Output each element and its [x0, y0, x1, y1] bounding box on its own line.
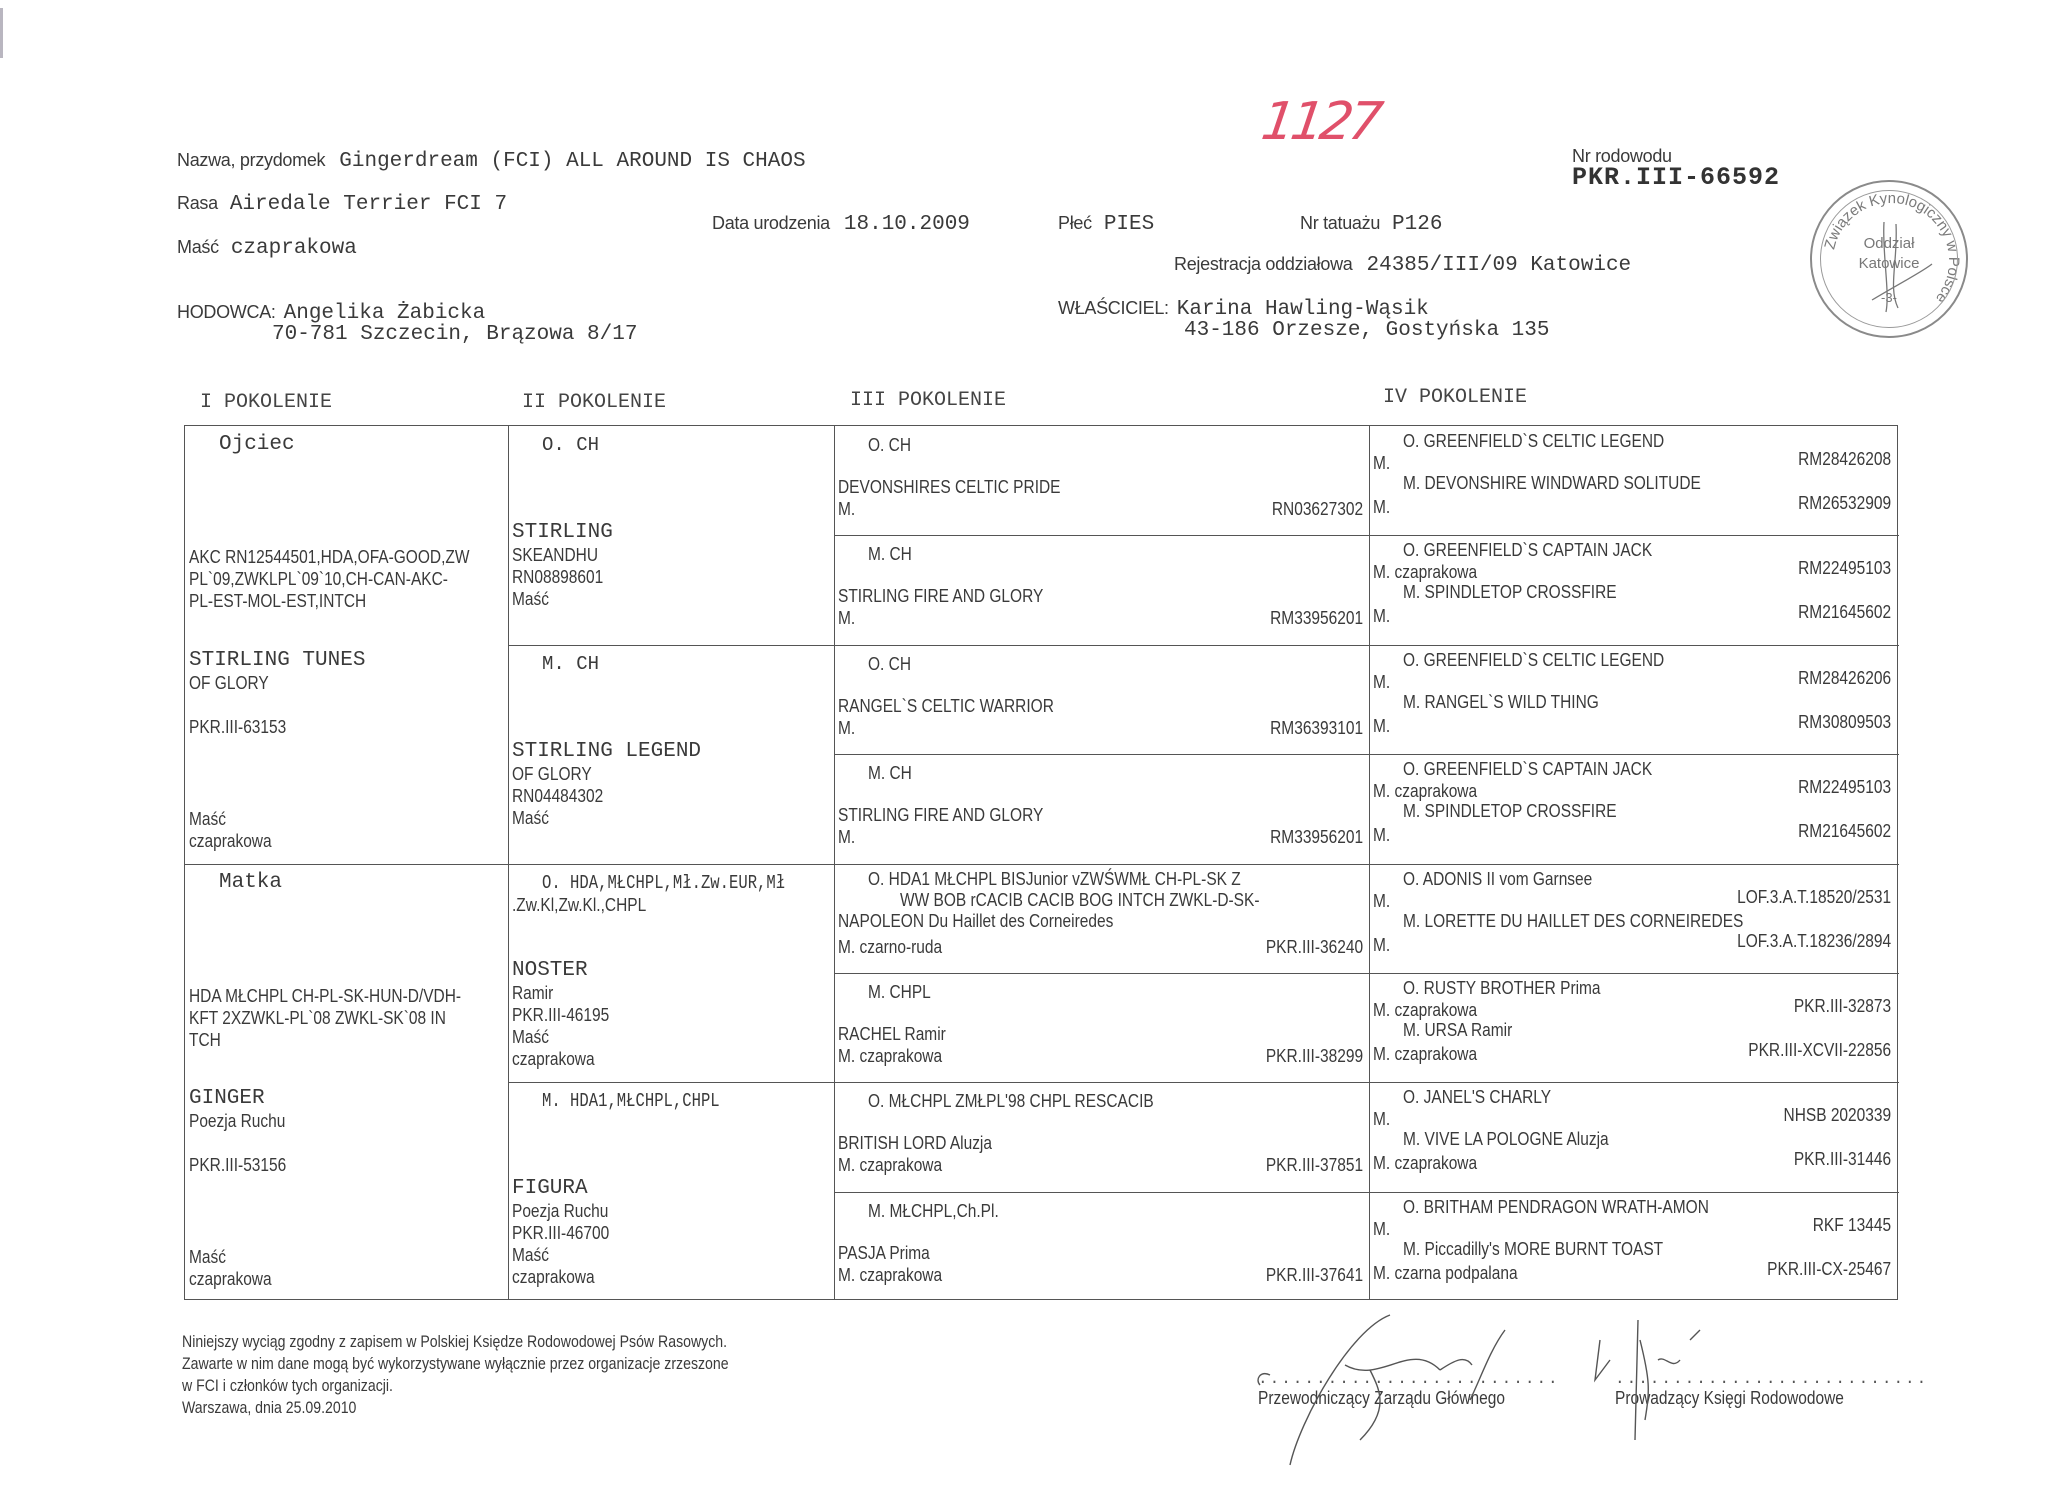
great-grandparent-cell: M. CHSTIRLING FIRE AND GLORYM.RM33956201 — [836, 535, 1365, 644]
grandparent-cell: O. HDA,MŁCHPL,Mł.Zw.EUR,Mł.Zw.Kl,Zw.Kl.,… — [510, 864, 832, 1083]
stamp-line1: Oddział — [1812, 234, 1966, 254]
gen2-header: II POKOLENIE — [522, 391, 666, 414]
gggp-sire-color: M. — [1373, 452, 1390, 474]
gggp-dam-color: M. — [1373, 934, 1390, 956]
gggp-cell: O. GREENFIELD`S CAPTAIN JACKM. czaprakow… — [1371, 754, 1893, 863]
grandparent-detail: Maść — [512, 1244, 549, 1266]
parent-role: Matka — [219, 872, 282, 894]
birth-date-label: Data urodzenia — [712, 213, 830, 233]
gggp-dam: M. RANGEL`S WILD THING — [1403, 691, 1599, 713]
gggp-sire-registration: RM28426206 — [1798, 667, 1891, 689]
grandparent-detail: Poezja Ruchu — [512, 1200, 608, 1222]
color-value: czaprakowa — [231, 237, 357, 260]
column-divider — [508, 426, 509, 1299]
ggp-header: O. CH — [868, 653, 911, 675]
gggp-cell: O. ADONIS II vom GarnseeM.LOF.3.A.T.1852… — [1371, 864, 1893, 973]
grandparent-name: NOSTER — [512, 960, 588, 982]
gggp-dam: M. SPINDLETOP CROSSFIRE — [1403, 581, 1617, 603]
footer-line-3: w FCI i członków tych organizacji. — [182, 1375, 729, 1397]
gggp-sire: O. GREENFIELD`S CAPTAIN JACK — [1403, 539, 1652, 561]
owner-address: 43-186 Orzesze, Gostyńska 135 — [1184, 319, 1549, 342]
grandparent-name: STIRLING — [512, 522, 613, 544]
ggp-registration: PKR.III-36240 — [1266, 936, 1363, 958]
signature-scribbles-icon — [1240, 1300, 1920, 1480]
gggp-sire: O. GREENFIELD`S CAPTAIN JACK — [1403, 758, 1652, 780]
gggp-sire-registration: RM28426208 — [1798, 448, 1891, 470]
ggp-name: BRITISH LORD Aluzja — [838, 1132, 992, 1154]
breed-value: Airedale Terrier FCI 7 — [230, 193, 507, 216]
branch-registration-label: Rejestracja oddziałowa — [1174, 254, 1353, 274]
grandparent-header: M. HDA1,MŁCHPL,CHPL — [542, 1090, 720, 1112]
tattoo-value: P126 — [1392, 213, 1442, 236]
parent-registration: PKR.III-63153 — [189, 716, 286, 738]
pedigree-table: OjciecAKC RN12544501,HDA,OFA-GOOD,ZWPL`0… — [184, 425, 1898, 1300]
parent-role: Ojciec — [219, 434, 295, 456]
gggp-sire: O. JANEL'S CHARLY — [1403, 1086, 1551, 1108]
issue-place-date: Warszawa, dnia 25.09.2010 — [182, 1397, 729, 1419]
ggp-registration: RM33956201 — [1270, 607, 1363, 629]
great-grandparent-cell: M. CHSTIRLING FIRE AND GLORYM.RM33956201 — [836, 754, 1365, 863]
owner-label: WŁAŚCICIEL: — [1058, 298, 1169, 318]
gggp-sire-color: M. czaprakowa — [1373, 561, 1477, 583]
parent-color-label: Maść — [189, 808, 226, 830]
great-grandparent-cell: M. CHPLRACHEL RamirM. czaprakowaPKR.III-… — [836, 973, 1365, 1082]
gggp-sire-registration: NHSB 2020339 — [1783, 1104, 1891, 1126]
grandparent-detail: Ramir — [512, 982, 553, 1004]
parent-color: czaprakowa — [189, 830, 272, 852]
grandparent-detail: Maść — [512, 1026, 549, 1048]
parent-name-sub: Poezja Ruchu — [189, 1110, 285, 1132]
gggp-dam: M. DEVONSHIRE WINDWARD SOLITUDE — [1403, 472, 1701, 494]
gggp-dam: M. VIVE LA POLOGNE Aluzja — [1403, 1128, 1609, 1150]
title-line: PL`09,ZWKLPL`09`10,CH-CAN-AKC- — [189, 568, 448, 590]
grandparent-detail: PKR.III-46700 — [512, 1222, 609, 1244]
gggp-dam-registration: RM21645602 — [1798, 820, 1891, 842]
parent-titles: HDA MŁCHPL CH-PL-SK-HUN-D/VDH-KFT 2XZWKL… — [189, 985, 505, 1051]
name-field: Nazwa, przydomek Gingerdream (FCI) ALL A… — [177, 150, 806, 173]
gggp-cell: O. GREENFIELD`S CELTIC LEGENDM.RM2842620… — [1371, 426, 1893, 535]
grandparent-detail: RN08898601 — [512, 566, 603, 588]
branch-registration-value: 24385/III/09 Katowice — [1367, 254, 1632, 277]
ggp-color: M. — [838, 717, 855, 739]
ggp-registration: RM36393101 — [1270, 717, 1363, 739]
grandparent-detail: Maść — [512, 807, 549, 829]
ggp-color: M. czaprakowa — [838, 1045, 942, 1067]
ggp-name: RANGEL`S CELTIC WARRIOR — [838, 695, 1054, 717]
pedigree-number-value: PKR.III-66592 — [1572, 163, 1780, 192]
gggp-dam-registration: RM30809503 — [1798, 711, 1891, 733]
ggp-registration: PKR.III-37641 — [1266, 1264, 1363, 1286]
gggp-dam-color: M. — [1373, 715, 1390, 737]
parent-color: czaprakowa — [189, 1268, 272, 1290]
breeder-field: HODOWCA: Angelika Żabicka — [177, 302, 485, 325]
gggp-sire-registration: LOF.3.A.T.18520/2531 — [1737, 886, 1891, 908]
sex-field: Płeć PIES — [1058, 213, 1154, 236]
birth-date-field: Data urodzenia 18.10.2009 — [712, 213, 970, 236]
ggp-header: O. CH — [868, 434, 911, 456]
parent-titles: AKC RN12544501,HDA,OFA-GOOD,ZWPL`09,ZWKL… — [189, 546, 506, 612]
stamp-center: Oddział Katowice -3- — [1812, 234, 1966, 308]
dam-cell: MatkaHDA MŁCHPL CH-PL-SK-HUN-D/VDH-KFT 2… — [187, 864, 506, 1302]
grandparent-detail: OF GLORY — [512, 763, 592, 785]
title-line: TCH — [189, 1029, 221, 1051]
gggp-dam-registration: LOF.3.A.T.18236/2894 — [1737, 930, 1891, 952]
sire-cell: OjciecAKC RN12544501,HDA,OFA-GOOD,ZWPL`0… — [187, 426, 506, 864]
grandparent-detail: PKR.III-46195 — [512, 1004, 609, 1026]
gggp-sire: O. GREENFIELD`S CELTIC LEGEND — [1403, 649, 1664, 671]
gggp-sire: O. RUSTY BROTHER Prima — [1403, 977, 1601, 999]
grandparent-name: STIRLING LEGEND — [512, 741, 701, 763]
breed-field: Rasa Airedale Terrier FCI 7 — [177, 193, 507, 216]
ggp-header: O. MŁCHPL ZMŁPL'98 CHPL RESCACIB — [868, 1090, 1154, 1112]
title-line: AKC RN12544501,HDA,OFA-GOOD,ZW — [189, 546, 469, 568]
tattoo-field: Nr tatuażu P126 — [1300, 213, 1442, 236]
sex-value: PIES — [1104, 213, 1154, 236]
parent-registration: PKR.III-53156 — [189, 1154, 286, 1176]
owner-field: WŁAŚCICIEL: Karina Hawling-Wąsik — [1058, 298, 1429, 321]
ggp-header: M. CH — [868, 543, 912, 565]
gggp-cell: O. GREENFIELD`S CAPTAIN JACKM. czaprakow… — [1371, 535, 1893, 644]
gggp-sire: O. GREENFIELD`S CELTIC LEGEND — [1403, 430, 1664, 452]
parent-name: GINGER — [189, 1088, 265, 1110]
ggp-name: NAPOLEON Du Haillet des Corneiredes — [838, 910, 1113, 932]
ggp-name: STIRLING FIRE AND GLORY — [838, 804, 1043, 826]
great-grandparent-cell: M. MŁCHPL,Ch.Pl.PASJA PrimaM. czaprakowa… — [836, 1192, 1365, 1301]
gggp-dam-color: M. — [1373, 824, 1390, 846]
footer-line-1: Niniejszy wyciąg zgodny z zapisem w Pols… — [182, 1331, 729, 1353]
ggp-header: WW BOB rCACIB CACIB BOG INTCH ZWKL-D-SK- — [900, 889, 1259, 911]
gen4-header: IV POKOLENIE — [1383, 386, 1527, 409]
grandparent-cell: O. CHSTIRLINGSKEANDHURN08898601Maść — [510, 426, 832, 645]
grandparent-detail: czaprakowa — [512, 1266, 595, 1288]
ggp-registration: RN03627302 — [1272, 498, 1363, 520]
gggp-sire: O. BRITHAM PENDRAGON WRATH-AMON — [1403, 1196, 1709, 1218]
ggp-registration: PKR.III-37851 — [1266, 1154, 1363, 1176]
ggp-color: M. czarno-ruda — [838, 936, 942, 958]
stamp-number: -3- — [1812, 288, 1966, 308]
gggp-dam-registration: PKR.III-XCVII-22856 — [1748, 1039, 1891, 1061]
breed-label: Rasa — [177, 193, 218, 213]
title-line: HDA MŁCHPL CH-PL-SK-HUN-D/VDH- — [189, 985, 461, 1007]
footer-line-2: Zawarte w nim dane mogą być wykorzystywa… — [182, 1353, 729, 1375]
gggp-dam: M. URSA Ramir — [1403, 1019, 1512, 1041]
gggp-dam-color: M. — [1373, 605, 1390, 627]
gggp-sire-color: M. czaprakowa — [1373, 780, 1477, 802]
grandparent-detail: Maść — [512, 588, 549, 610]
ggp-registration: PKR.III-38299 — [1266, 1045, 1363, 1067]
grandparent-header: M. CH — [542, 653, 599, 675]
name-value: Gingerdream (FCI) ALL AROUND IS CHAOS — [339, 150, 805, 173]
sex-label: Płeć — [1058, 213, 1092, 233]
ggp-header: M. MŁCHPL,Ch.Pl. — [868, 1200, 999, 1222]
parent-name-sub: OF GLORY — [189, 672, 269, 694]
great-grandparent-cell: O. CHRANGEL`S CELTIC WARRIORM.RM36393101 — [836, 645, 1365, 754]
branch-registration-field: Rejestracja oddziałowa 24385/III/09 Kato… — [1174, 254, 1631, 277]
owner-name: Karina Hawling-Wąsik — [1177, 298, 1429, 321]
gggp-sire-registration: RM22495103 — [1798, 776, 1891, 798]
ggp-header: M. CH — [868, 762, 912, 784]
gggp-dam-registration: RM26532909 — [1798, 492, 1891, 514]
gen3-header: III POKOLENIE — [850, 389, 1006, 412]
ggp-name: STIRLING FIRE AND GLORY — [838, 585, 1043, 607]
gggp-dam: M. Piccadilly's MORE BURNT TOAST — [1403, 1238, 1663, 1260]
grandparent-detail: RN04484302 — [512, 785, 603, 807]
ggp-color: M. — [838, 826, 855, 848]
ggp-header: O. HDA1 MŁCHPL BISJunior vZWŚWMŁ CH-PL-S… — [868, 868, 1241, 890]
column-divider — [1369, 426, 1370, 1299]
ggp-color: M. czaprakowa — [838, 1154, 942, 1176]
certification-text: Niniejszy wyciąg zgodny z zapisem w Pols… — [182, 1331, 841, 1419]
title-line: KFT 2XZWKL-PL`08 ZWKL-SK`08 IN — [189, 1007, 446, 1029]
grandparent-header: O. HDA,MŁCHPL,Mł.Zw.EUR,Mł — [542, 872, 785, 894]
name-label: Nazwa, przydomek — [177, 150, 325, 170]
grandparent-cell: M. CHSTIRLING LEGENDOF GLORYRN04484302Ma… — [510, 645, 832, 864]
gggp-cell: O. BRITHAM PENDRAGON WRATH-AMONM.RKF 134… — [1371, 1192, 1893, 1301]
stamp-ring-text-icon: Związek Kynologiczny w Polsce — [1812, 182, 1970, 340]
title-line: PL-EST-MOL-EST,INTCH — [189, 590, 366, 612]
color-label: Maść — [177, 237, 219, 257]
gggp-sire-color: M. — [1373, 671, 1390, 693]
ggp-color: M. — [838, 498, 855, 520]
gggp-cell: O. RUSTY BROTHER PrimaM. czaprakowaPKR.I… — [1371, 973, 1893, 1082]
gen1-header: I POKOLENIE — [200, 391, 332, 414]
ggp-registration: RM33956201 — [1270, 826, 1363, 848]
grandparent-header: O. CH — [542, 434, 599, 456]
grandparent-name: FIGURA — [512, 1178, 588, 1200]
parent-color-label: Maść — [189, 1246, 226, 1268]
gggp-sire-color: M. — [1373, 1108, 1390, 1130]
ggp-color: M. czaprakowa — [838, 1264, 942, 1286]
gggp-sire-color: M. — [1373, 890, 1390, 912]
great-grandparent-cell: O. HDA1 MŁCHPL BISJunior vZWŚWMŁ CH-PL-S… — [836, 864, 1365, 973]
gggp-dam-registration: RM21645602 — [1798, 601, 1891, 623]
gggp-sire: O. ADONIS II vom Garnsee — [1403, 868, 1592, 890]
svg-text:Związek Kynologiczny w Polsce: Związek Kynologiczny w Polsce — [1821, 190, 1962, 306]
grandparent-detail: czaprakowa — [512, 1048, 595, 1070]
breeder-address: 70-781 Szczecin, Brązowa 8/17 — [272, 323, 637, 346]
great-grandparent-cell: O. MŁCHPL ZMŁPL'98 CHPL RESCACIBBRITISH … — [836, 1082, 1365, 1191]
birth-date-value: 18.10.2009 — [844, 213, 970, 236]
gggp-sire-registration: RKF 13445 — [1813, 1214, 1891, 1236]
great-grandparent-cell: O. CHDEVONSHIRES CELTIC PRIDEM.RN0362730… — [836, 426, 1365, 535]
color-field: Maść czaprakowa — [177, 237, 357, 260]
scan-edge — [0, 8, 3, 58]
gggp-dam-color: M. czaprakowa — [1373, 1043, 1477, 1065]
gggp-dam-registration: PKR.III-CX-25467 — [1767, 1258, 1891, 1280]
grandparent-header: .Zw.Kl,Zw.Kl.,CHPL — [512, 894, 646, 916]
gggp-dam-color: M. — [1373, 496, 1390, 518]
tattoo-label: Nr tatuażu — [1300, 213, 1380, 233]
gggp-sire-color: M. czaprakowa — [1373, 999, 1477, 1021]
ggp-name: PASJA Prima — [838, 1242, 930, 1264]
gggp-dam: M. SPINDLETOP CROSSFIRE — [1403, 800, 1617, 822]
gggp-dam-color: M. czarna podpalana — [1373, 1262, 1518, 1284]
ggp-name: RACHEL Ramir — [838, 1023, 946, 1045]
gggp-dam: M. LORETTE DU HAILLET DES CORNEIREDES — [1403, 910, 1743, 932]
gggp-dam-registration: PKR.III-31446 — [1794, 1148, 1891, 1170]
column-divider — [834, 426, 835, 1299]
handwritten-number: 1127 — [1258, 92, 1383, 152]
gggp-cell: O. GREENFIELD`S CELTIC LEGENDM.RM2842620… — [1371, 645, 1893, 754]
gggp-cell: O. JANEL'S CHARLYM.NHSB 2020339M. VIVE L… — [1371, 1082, 1893, 1191]
official-stamp: Związek Kynologiczny w Polsce Oddział Ka… — [1810, 180, 1968, 338]
ggp-color: M. — [838, 607, 855, 629]
grandparent-cell: M. HDA1,MŁCHPL,CHPLFIGURAPoezja RuchuPKR… — [510, 1082, 832, 1301]
parent-name: STIRLING TUNES — [189, 650, 365, 672]
gggp-sire-registration: RM22495103 — [1798, 557, 1891, 579]
ggp-header: M. CHPL — [868, 981, 931, 1003]
gggp-dam-color: M. czaprakowa — [1373, 1152, 1477, 1174]
ggp-name: DEVONSHIRES CELTIC PRIDE — [838, 476, 1060, 498]
breeder-label: HODOWCA: — [177, 302, 276, 322]
stamp-line2: Katowice — [1812, 254, 1966, 274]
gggp-sire-color: M. — [1373, 1218, 1390, 1240]
grandparent-detail: SKEANDHU — [512, 544, 598, 566]
breeder-name: Angelika Żabicka — [284, 302, 486, 325]
gggp-sire-registration: PKR.III-32873 — [1794, 995, 1891, 1017]
